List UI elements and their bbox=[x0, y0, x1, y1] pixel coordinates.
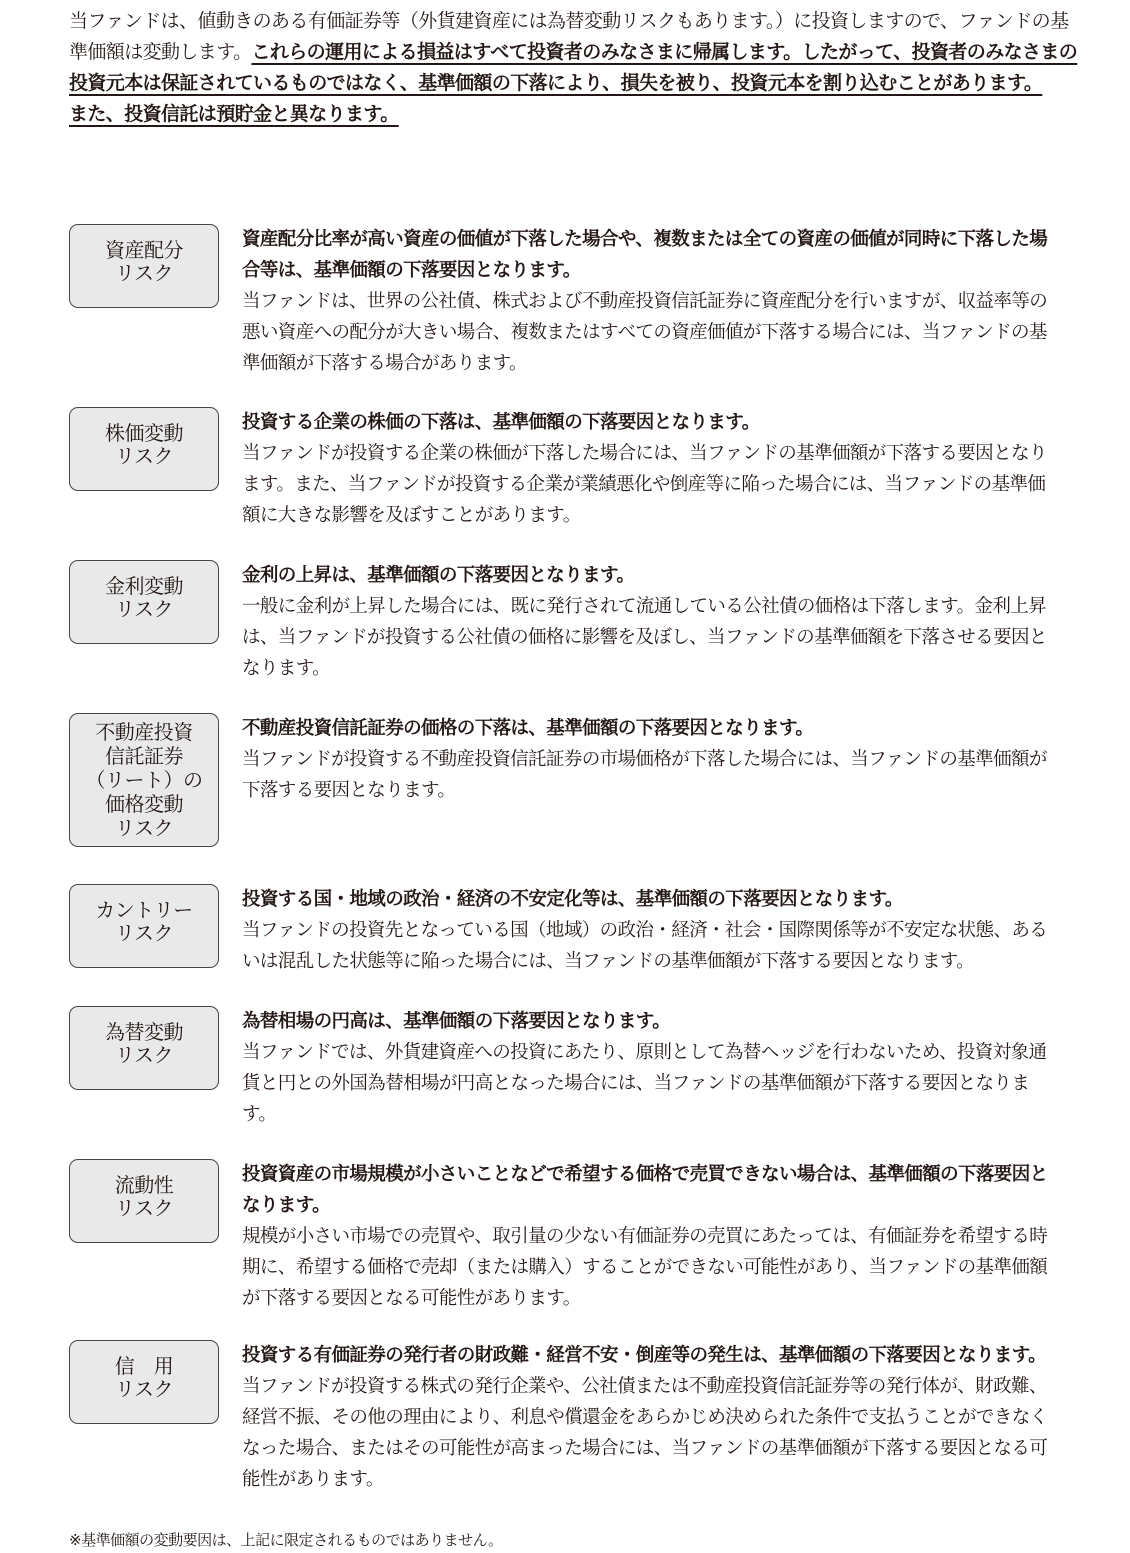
risk-content: 投資資産の市場規模が小さいことなどで希望する価格で売買できない場合は、基準価額の… bbox=[242, 1159, 1062, 1314]
risk-label-box: 不動産投資 信託証券 （リート）の 価格変動 リスク bbox=[69, 713, 219, 847]
risk-label-line: リスク bbox=[115, 816, 173, 840]
risk-label-line: 為替変動 bbox=[105, 1021, 183, 1044]
footnote: ※基準価額の変動要因は、上記に限定されるものではありません。 bbox=[69, 1530, 502, 1550]
risk-label-line: 信託証券 bbox=[105, 744, 183, 768]
risk-label-box: 流動性 リスク bbox=[69, 1159, 219, 1243]
risk-label-line: 信 用 bbox=[115, 1355, 174, 1378]
risk-body: 当ファンドの投資先となっている国（地域）の政治・経済・社会・国際関係等が不安定な… bbox=[242, 915, 1062, 977]
intro-deposit-note: また、投資信託は預貯金と異なります。 bbox=[69, 103, 399, 125]
risk-label-line: リスク bbox=[115, 1378, 173, 1401]
risk-body: 当ファンドでは、外貨建資産への投資にあたり、原則として為替ヘッジを行わないため、… bbox=[242, 1037, 1062, 1130]
risk-content: 投資する有価証券の発行者の財政難・経営不安・倒産等の発生は、基準価額の下落要因と… bbox=[242, 1340, 1062, 1495]
risk-body: 当ファンドが投資する企業の株価が下落した場合には、当ファンドの基準価額が下落する… bbox=[242, 438, 1062, 531]
risk-content: 資産配分比率が高い資産の価値が下落した場合や、複数または全ての資産の価値が同時に… bbox=[242, 224, 1062, 379]
risk-label-line: 株価変動 bbox=[105, 422, 183, 445]
risk-body: 規模が小さい市場での売買や、取引量の少ない有価証券の売買にあたっては、有価証券を… bbox=[242, 1221, 1062, 1314]
risk-content: 不動産投資信託証券の価格の下落は、基準価額の下落要因となります。 当ファンドが投… bbox=[242, 713, 1062, 806]
risk-label-box: 資産配分 リスク bbox=[69, 224, 219, 308]
risk-label-line: リスク bbox=[115, 1044, 173, 1067]
risk-content: 投資する企業の株価の下落は、基準価額の下落要因となります。 当ファンドが投資する… bbox=[242, 407, 1062, 531]
risk-content: 金利の上昇は、基準価額の下落要因となります。 一般に金利が上昇した場合には、既に… bbox=[242, 560, 1062, 684]
risk-label-line: リスク bbox=[115, 262, 173, 285]
risk-label-line: リスク bbox=[115, 922, 173, 945]
risk-headline: 為替相場の円高は、基準価額の下落要因となります。 bbox=[242, 1006, 1062, 1037]
risk-label-line: カントリー bbox=[95, 899, 193, 922]
risk-label-box: 信 用 リスク bbox=[69, 1340, 219, 1424]
risk-headline: 投資する企業の株価の下落は、基準価額の下落要因となります。 bbox=[242, 407, 1062, 438]
risk-label-box: 金利変動 リスク bbox=[69, 560, 219, 644]
risk-headline: 金利の上昇は、基準価額の下落要因となります。 bbox=[242, 560, 1062, 591]
risk-headline: 投資資産の市場規模が小さいことなどで希望する価格で売買できない場合は、基準価額の… bbox=[242, 1159, 1062, 1221]
risk-label-line: 流動性 bbox=[115, 1174, 174, 1197]
risk-label-line: リスク bbox=[115, 598, 173, 621]
risk-label-box: 株価変動 リスク bbox=[69, 407, 219, 491]
risk-headline: 不動産投資信託証券の価格の下落は、基準価額の下落要因となります。 bbox=[242, 713, 1062, 744]
risk-body: 一般に金利が上昇した場合には、既に発行されて流通している公社債の価格は下落します… bbox=[242, 591, 1062, 684]
risk-body: 当ファンドは、世界の公社債、株式および不動産投資信託証券に資産配分を行いますが、… bbox=[242, 286, 1062, 379]
risk-label-line: リスク bbox=[115, 1197, 173, 1220]
risk-body: 当ファンドが投資する株式の発行企業や、公社債または不動産投資信託証券等の発行体が… bbox=[242, 1371, 1062, 1495]
risk-label-line: 不動産投資 bbox=[95, 720, 193, 744]
risk-headline: 投資する国・地域の政治・経済の不安定化等は、基準価額の下落要因となります。 bbox=[242, 884, 1062, 915]
risk-content: 為替相場の円高は、基準価額の下落要因となります。 当ファンドでは、外貨建資産への… bbox=[242, 1006, 1062, 1130]
intro-paragraph: 当ファンドは、値動きのある有価証券等（外貨建資産には為替変動リスクもあります。）… bbox=[69, 6, 1079, 130]
risk-label-box: 為替変動 リスク bbox=[69, 1006, 219, 1090]
risk-body: 当ファンドが投資する不動産投資信託証券の市場価格が下落した場合には、当ファンドの… bbox=[242, 744, 1062, 806]
risk-headline: 投資する有価証券の発行者の財政難・経営不安・倒産等の発生は、基準価額の下落要因と… bbox=[242, 1340, 1062, 1371]
risk-label-line: 金利変動 bbox=[105, 575, 183, 598]
risk-label-box: カントリー リスク bbox=[69, 884, 219, 968]
risk-headline: 資産配分比率が高い資産の価値が下落した場合や、複数または全ての資産の価値が同時に… bbox=[242, 224, 1062, 286]
risk-content: 投資する国・地域の政治・経済の不安定化等は、基準価額の下落要因となります。 当フ… bbox=[242, 884, 1062, 977]
risk-label-line: リスク bbox=[115, 445, 173, 468]
risk-label-line: （リート）の bbox=[86, 768, 203, 792]
risk-label-line: 資産配分 bbox=[105, 239, 183, 262]
risk-label-line: 価格変動 bbox=[105, 792, 183, 816]
